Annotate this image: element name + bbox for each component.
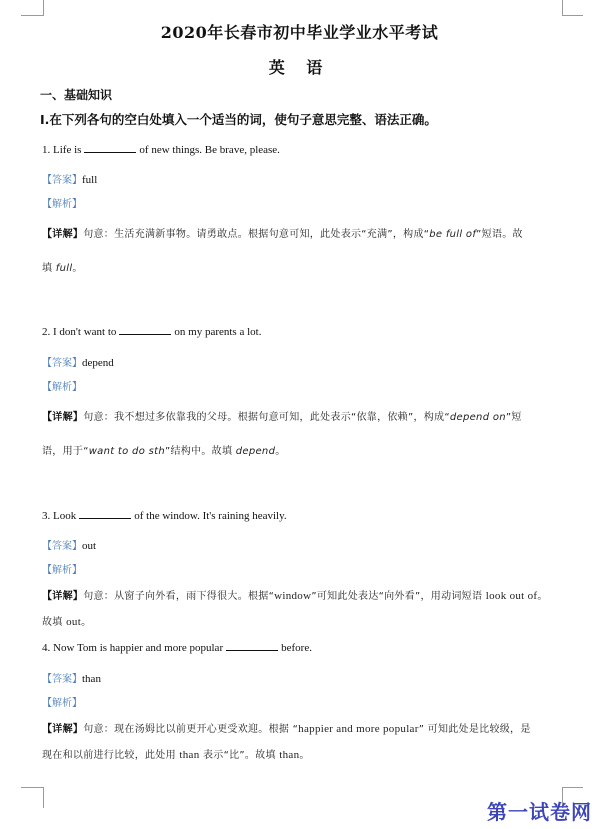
answer-value: depend	[82, 357, 114, 369]
detail-3-line-2: 故填 out。	[42, 613, 91, 628]
question-3: 3. Lookof the window. It's raining heavi…	[42, 509, 287, 522]
answer-line-3: 【答案】out	[42, 537, 96, 552]
analysis-label: 【解析】	[42, 199, 82, 210]
answer-label: 【答案】	[42, 674, 82, 685]
section-heading: 一、基础知识	[40, 86, 112, 103]
document-title: 2020年长春市初中毕业学业水平考试	[0, 20, 599, 43]
question-2: 2. I don't want toon my parents a lot.	[42, 325, 261, 338]
detail-4-line-2: 现在和以前进行比较，此处用 than 表示“比”。故填 than。	[42, 746, 310, 761]
document-subtitle: 英 语	[0, 55, 599, 78]
answer-value: full	[82, 174, 97, 186]
answer-line-2: 【答案】depend	[42, 354, 114, 369]
answer-value: out	[82, 540, 96, 552]
detail-2-line-2: 语，用于“want to do sth”结构中。故填 depend。	[42, 442, 286, 457]
detail-label: 【详解】	[42, 724, 83, 735]
detail-1-line-2: 填 full。	[42, 259, 83, 274]
analysis-line-2: 【解析】	[42, 378, 82, 393]
question-number: 1.	[42, 144, 50, 156]
analysis-line-1: 【解析】	[42, 195, 82, 210]
analysis-label: 【解析】	[42, 698, 82, 709]
answer-label: 【答案】	[42, 541, 82, 552]
answer-line-1: 【答案】full	[42, 171, 97, 186]
analysis-label: 【解析】	[42, 382, 82, 393]
detail-label: 【详解】	[42, 229, 83, 240]
answer-label: 【答案】	[42, 175, 82, 186]
answer-blank	[226, 641, 278, 651]
answer-blank	[79, 509, 131, 519]
answer-blank	[119, 325, 171, 335]
analysis-line-4: 【解析】	[42, 694, 82, 709]
answer-label: 【答案】	[42, 358, 82, 369]
detail-3-line-1: 【详解】句意：从窗子向外看，雨下得很大。根据“window”可知此处表达“向外看…	[42, 587, 548, 602]
detail-2-line-1: 【详解】句意：我不想过多依靠我的父母。根据句意可知，此处表示“依靠，依赖”，构成…	[42, 408, 522, 423]
detail-1-line-1: 【详解】句意：生活充满新事物。请勇敢点。根据句意可知，此处表示“充满”，构成“b…	[42, 225, 523, 240]
question-number: 4.	[42, 642, 50, 654]
section-instruction: I.在下列各句的空白处填入一个适当的词，使句子意思完整、语法正确。	[40, 110, 437, 128]
detail-4-line-1: 【详解】句意：现在汤姆比以前更开心更受欢迎。根据 “happier and mo…	[42, 720, 531, 735]
margin-corner-top-left	[21, 0, 44, 16]
margin-corner-bottom-left	[21, 787, 44, 808]
margin-corner-top-right	[562, 0, 583, 16]
question-4: 4. Now Tom is happier and more popularbe…	[42, 641, 312, 654]
question-1: 1. Life isof new things. Be brave, pleas…	[42, 143, 280, 156]
question-number: 3.	[42, 510, 50, 522]
analysis-line-3: 【解析】	[42, 561, 82, 576]
answer-blank	[84, 143, 136, 153]
answer-line-4: 【答案】than	[42, 670, 101, 685]
analysis-label: 【解析】	[42, 565, 82, 576]
question-number: 2.	[42, 326, 50, 338]
detail-label: 【详解】	[42, 591, 83, 602]
detail-label: 【详解】	[42, 412, 83, 423]
site-watermark: 第一试卷网	[487, 796, 592, 825]
answer-value: than	[82, 673, 101, 685]
